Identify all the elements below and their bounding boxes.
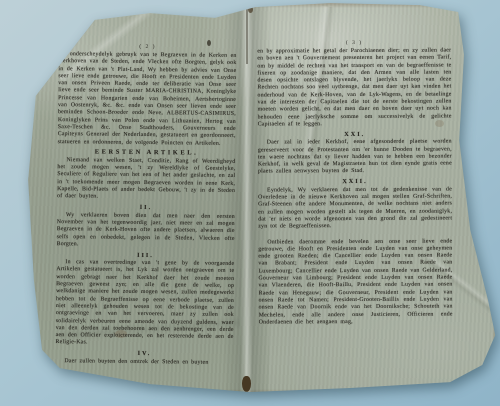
article-heading-xxii: XXII.: [258, 178, 452, 186]
page-left: ( 2 ) het onderscheydelyk gebruyk van te…: [55, 43, 236, 368]
paragraph: Daer zullen buyten den omtrek der Steden…: [55, 358, 233, 367]
paragraph: Niemand van welken Staet, Conditie, Rang…: [57, 157, 235, 203]
fold-notch: [242, 376, 251, 392]
paragraph: Eyndelyk, Wy verklaeren dat men tot de g…: [258, 186, 452, 231]
paragraph: en by approximatie het getal der Parochi…: [257, 47, 451, 128]
page-right: ( 3 ) en by approximatie het getal der P…: [257, 39, 453, 327]
article-heading-xxi: XXI.: [258, 130, 452, 138]
page-number: ( 3 ): [257, 39, 451, 46]
document-sheet: ( 2 ) het onderscheydelyk gebruyk van te…: [20, 0, 500, 398]
article-heading-iv: IV.: [55, 349, 233, 358]
paragraph: Wy verklaeren boven dien dat men naer de…: [57, 212, 235, 250]
paragraph: Ontbieden daeromme ende bevelen aen onse…: [258, 238, 452, 327]
page-number: ( 2 ): [59, 43, 237, 51]
paragraph: In cas van overtredinge van 't gene by d…: [56, 259, 235, 348]
paper-edge-left: [20, 0, 29, 398]
article-heading-ii: II.: [57, 203, 235, 212]
paragraph: Daer zal in ieder Kerkhof, eene afgesond…: [258, 139, 452, 176]
paragraph: het onderscheydelyk gebruyk van te Begra…: [58, 51, 237, 148]
fold-top-mark: [248, 6, 253, 13]
article-heading-eersten-artikel: EERSTEN ARTIKEL.: [58, 148, 236, 157]
photo-background: ( 2 ) het onderscheydelyk gebruyk van te…: [0, 0, 500, 406]
article-heading-iii: III.: [56, 251, 234, 260]
